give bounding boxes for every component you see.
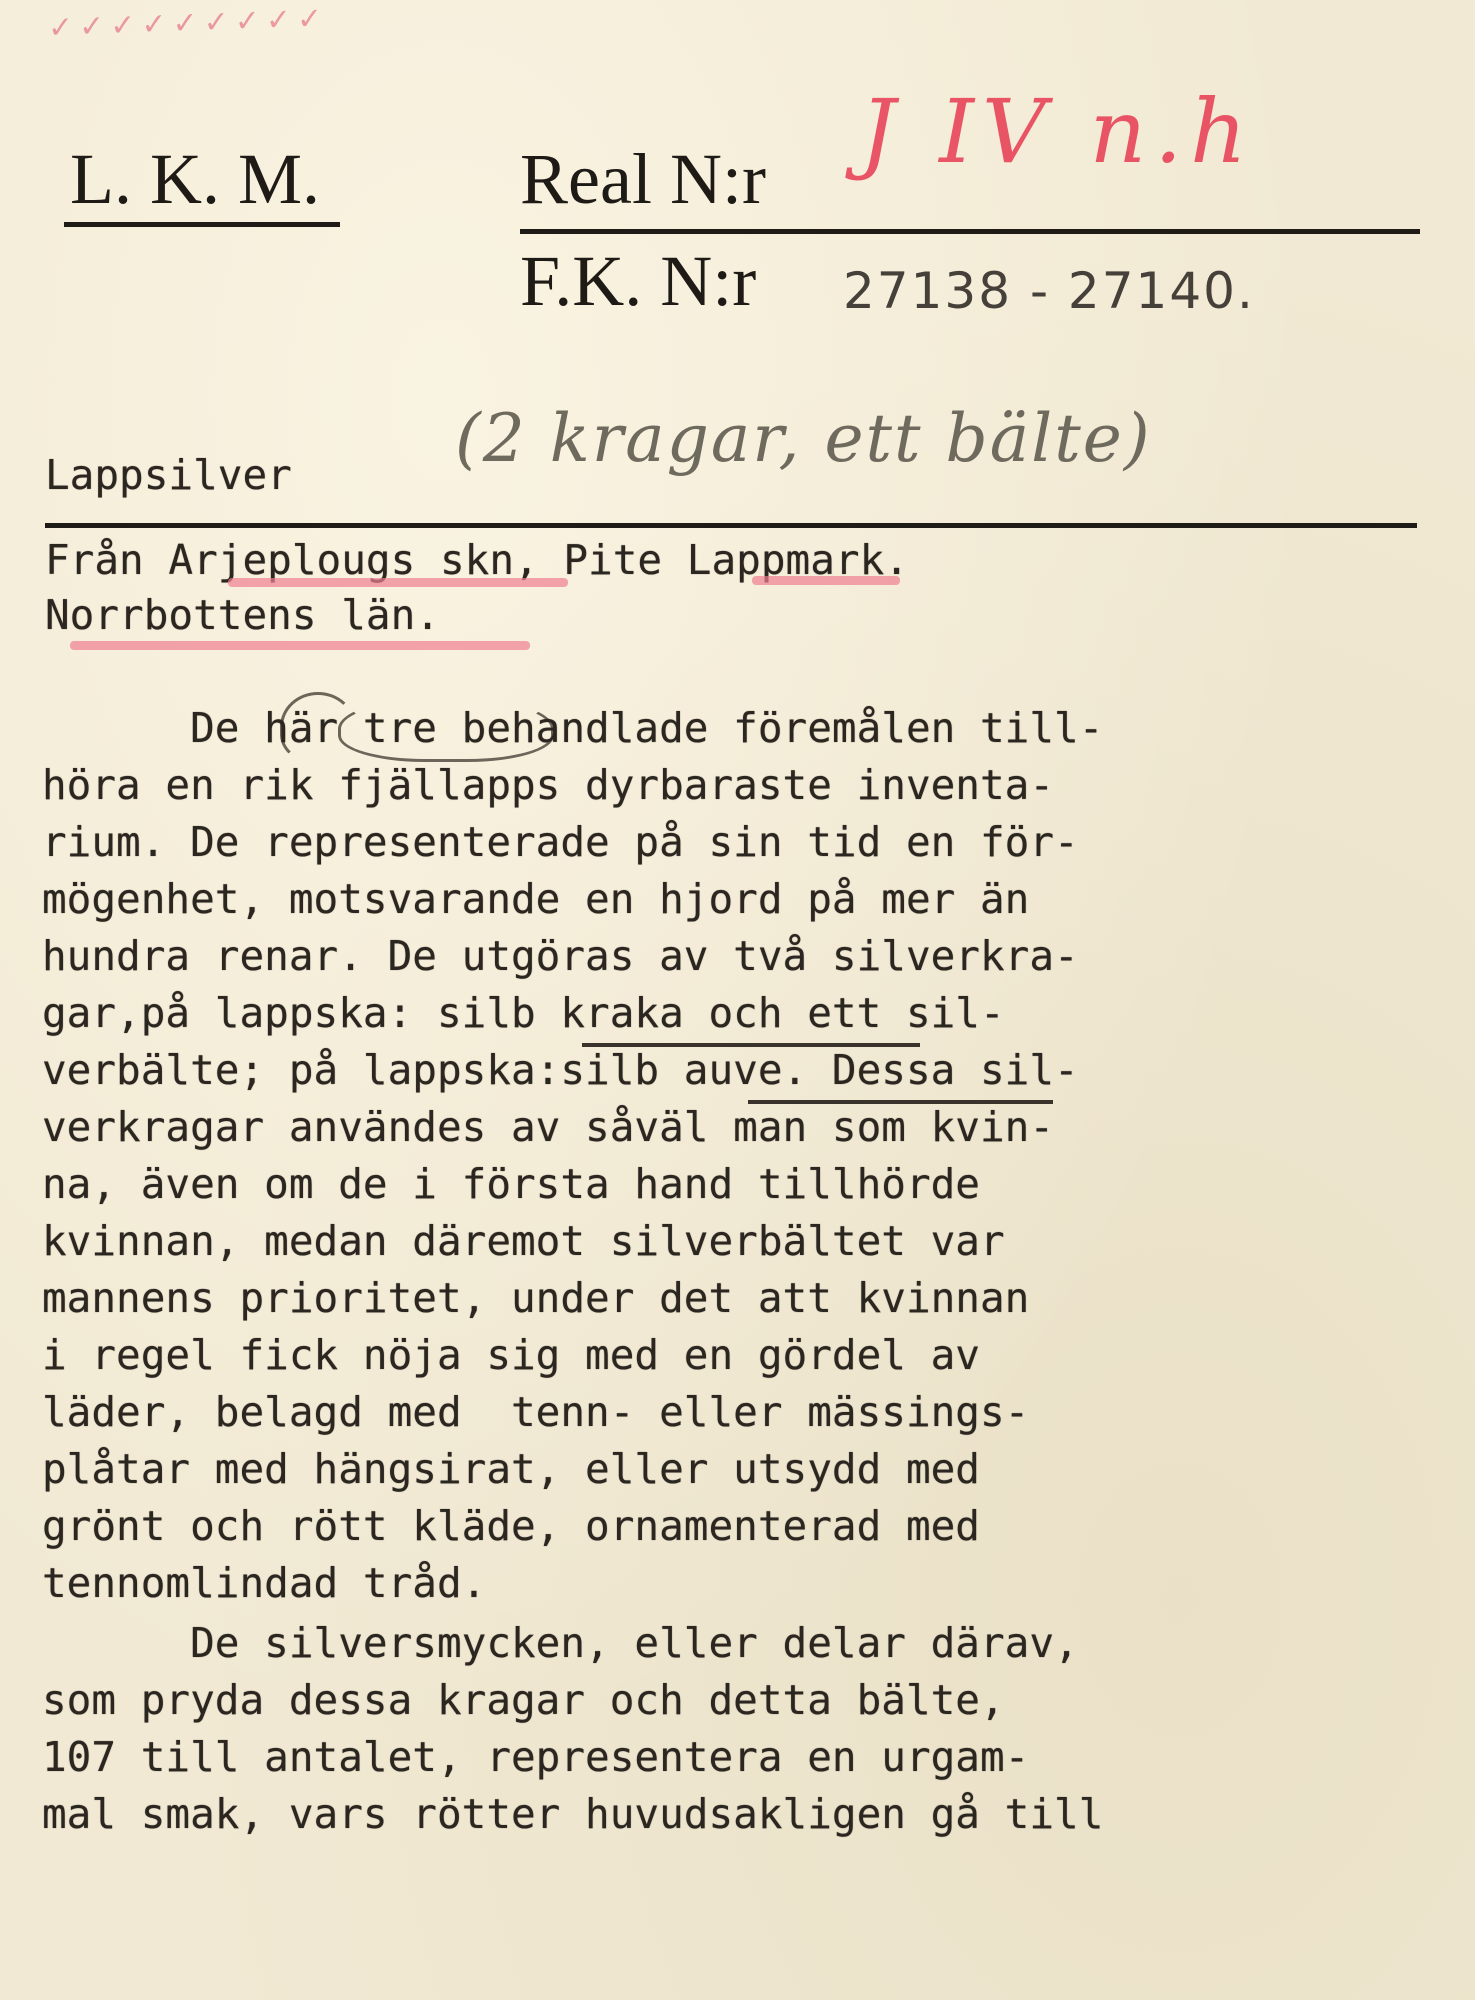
body-line: rium. De representerade på sin tid en fö… [42, 822, 1079, 863]
fk-number-label: F.K. N:r [520, 245, 756, 317]
header-divider [520, 229, 1420, 234]
body-line: läder, belagd med tenn- eller mässings- [42, 1392, 1029, 1433]
body-line: höra en rik fjällapps dyrbaraste inventa… [42, 765, 1054, 806]
real-number-label: Real N:r [520, 143, 766, 215]
handwritten-note: (2 kragar, ett bälte) [455, 400, 1152, 477]
underline-silb-kraka [582, 1043, 920, 1047]
body-line: tennomlindad tråd. [42, 1563, 486, 1604]
body-line: i regel fick nöja sig med en gördel av [42, 1335, 980, 1376]
body-line: na, även om de i första hand tillhörde [42, 1164, 980, 1205]
body-line: verbälte; på lappska:silb auve. Dessa si… [42, 1050, 1079, 1091]
body-line: mal smak, vars rötter huvudsakligen gå t… [42, 1794, 1103, 1835]
pink-underline-norrbottens [70, 641, 530, 650]
fk-number-value: 27138 - 27140. [843, 262, 1255, 320]
body-line: plåtar med hängsirat, eller utsydd med [42, 1449, 980, 1490]
body-line: 107 till antalet, representera en urgam- [42, 1737, 1029, 1778]
red-classification-note: J IV n.h [860, 80, 1255, 183]
body-line: kvinnan, medan däremot silverbältet var [42, 1221, 1005, 1262]
body-line: De silversmycken, eller delar därav, [42, 1623, 1079, 1664]
body-line: De här tre behandlade föremålen till- [42, 708, 1103, 749]
body-line: hundra renar. De utgöras av två silverkr… [42, 936, 1079, 977]
body-line: mögenhet, motsvarande en hjord på mer än [42, 879, 1029, 920]
body-line: grönt och rött kläde, ornamenterad med [42, 1506, 980, 1547]
record-title: Lappsilver [45, 455, 292, 496]
body-line: som pryda dessa kragar och detta bälte, [42, 1680, 1005, 1721]
body-line: mannens prioritet, under det att kvinnan [42, 1278, 1029, 1319]
red-checkmarks: ✓✓✓✓✓✓✓✓✓ [47, 1, 328, 46]
archive-card: ✓✓✓✓✓✓✓✓✓ L. K. M. Real N:r J IV n.h F.K… [0, 0, 1475, 2000]
institution-underline [64, 222, 340, 227]
origin-line-1: Från Arjeplougs skn, Pite Lappmark. [45, 540, 909, 581]
title-divider [45, 523, 1417, 528]
pink-underline-arjeplougs [228, 578, 568, 587]
body-line: gar,på lappska: silb kraka och ett sil- [42, 993, 1005, 1034]
body-line: verkragar användes av såväl man som kvin… [42, 1107, 1054, 1148]
institution-label: L. K. M. [70, 143, 320, 215]
underline-silb-auve [748, 1100, 1053, 1104]
pink-underline-pite [752, 576, 900, 585]
origin-line-2: Norrbottens län. [45, 595, 440, 636]
